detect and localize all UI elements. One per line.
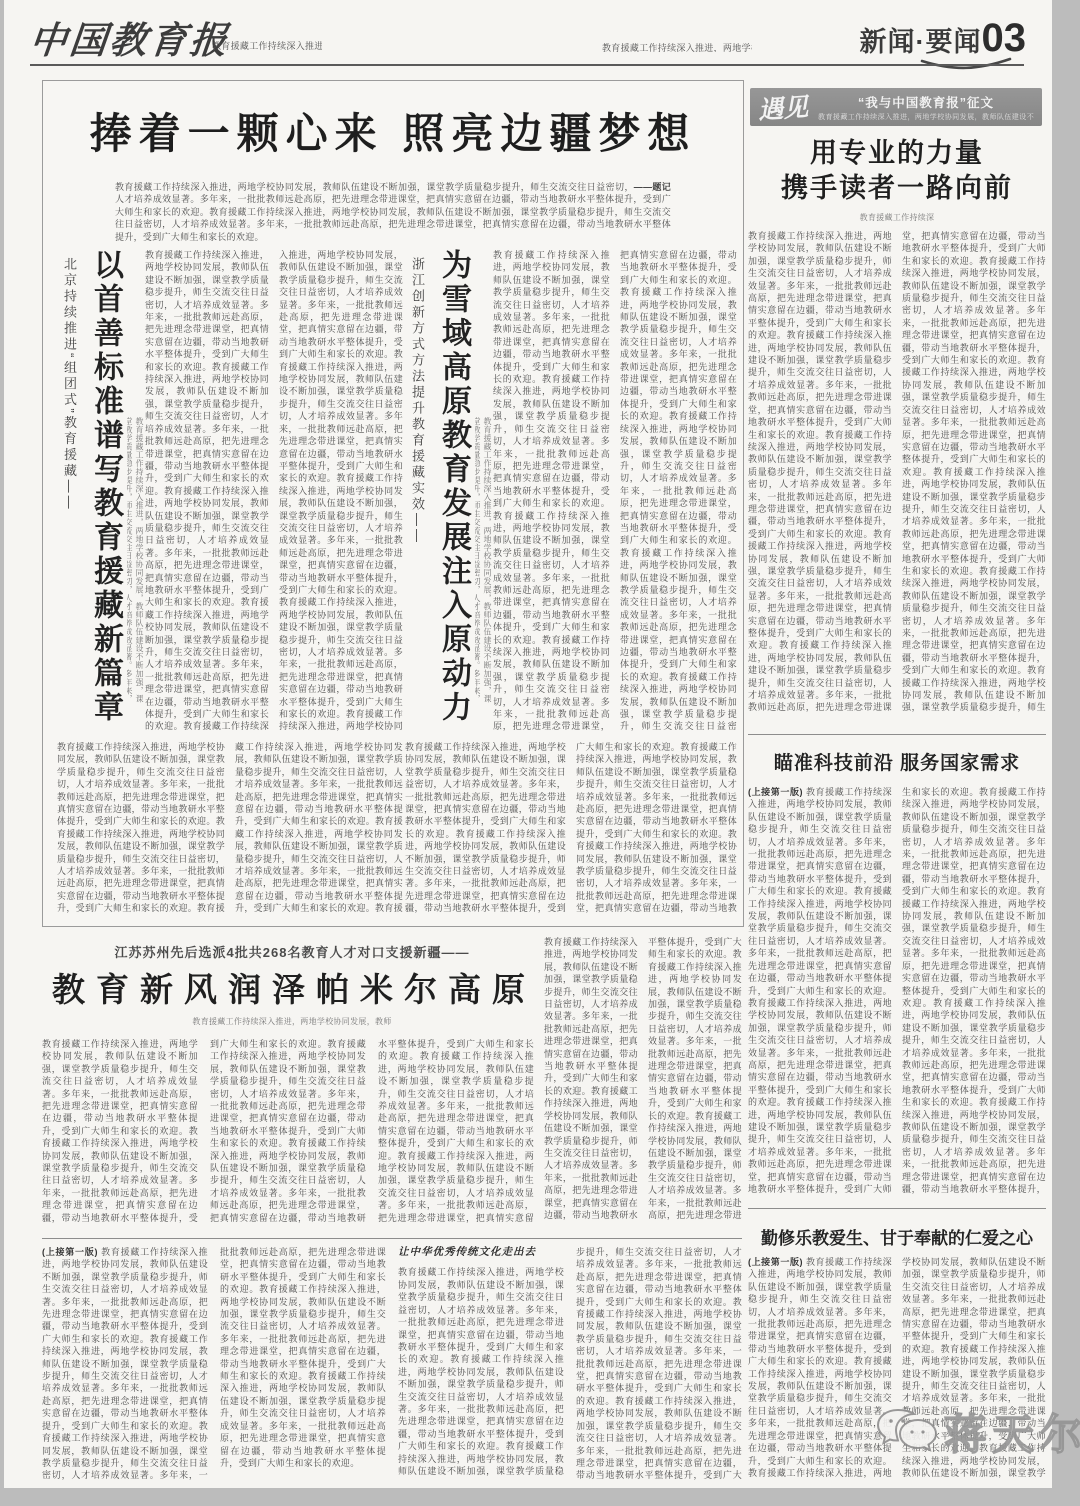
article-zhejiang-byline: 教育援藏工作持续深入推进，两地学校协同发展，教师队伍建设不断加强，课堂教学质量稳… — [475, 249, 493, 703]
newspaper-page: 中国教育报 教育援藏工作持续深入推进，两地学校协同发展，教师队伍建设不断加强，课… — [4, 0, 1052, 1488]
masthead-dateline: 教育援藏工作持续深入推进，两地学校协同发展，教师队伍建设不断加强，课堂教学质量稳… — [212, 40, 322, 50]
section-label: 新闻·要闻 — [860, 27, 982, 57]
banner-script-logo: 遇见 — [757, 87, 809, 126]
banner-text: “我与中国教育报”征文 教育援藏工作持续深入推进，两地学校协同发展，教师队伍建设… — [818, 93, 1034, 122]
article-zhejiang-body-lower: 教育援藏工作持续深入推进，两地学校协同发展，教师队伍建设不断加强，课堂教学质量稳… — [405, 741, 737, 917]
teacher-text: 教育援藏工作持续深入推进，两地学校协同发展，教师队伍建设不断加强，课堂教学质量稳… — [748, 1257, 1046, 1478]
teacher-body: (上接第一版) 教育援藏工作持续深入推进，两地学校协同发展，教师队伍建设不断加强… — [748, 1256, 1046, 1484]
page-number: 03 — [982, 16, 1027, 60]
essay-title-line1: 用专业的力量 — [748, 136, 1046, 171]
continued-text-2: 教育援藏工作持续深入推进，两地学校协同发展，教师队伍建设不断加强，课堂教学质量稳… — [398, 1247, 742, 1480]
article-pamir-body: 教育援藏工作持续深入推进，两地学校协同发展，教师队伍建设不断加强，课堂教学质量稳… — [42, 1038, 534, 1228]
essay-title: 用专业的力量 携手读者一路向前 — [748, 136, 1046, 206]
science-section: 瞄准科技前沿 服务国家需求 (上接第一版) 教育援藏工作持续深入推进，两地学校协… — [748, 742, 1046, 1209]
science-title: 瞄准科技前沿 服务国家需求 — [748, 748, 1046, 775]
essay-section: 遇见 “我与中国教育报”征文 教育援藏工作持续深入推进，两地学校协同发展，教师队… — [748, 84, 1046, 735]
article-pamir-kicker: 江苏苏州先后选派4批共268名教育人才对口支援新疆—— — [52, 942, 532, 961]
article-pamir-headline: 教育新风润泽帕米尔高原 — [52, 964, 532, 1011]
article-beijing-body-lower: 教育援藏工作持续深入推进，两地学校协同发展，教师队伍建设不断加强，课堂教学质量稳… — [57, 741, 403, 917]
section-header: 新闻·要闻03 — [860, 16, 1027, 61]
masthead-title: 中国教育报 — [27, 10, 233, 64]
main-headline: 捧着一颗心来 照亮边疆梦想 — [43, 101, 743, 161]
divider-rule — [42, 1238, 742, 1239]
main-feature-box: 捧着一颗心来 照亮边疆梦想 ——题记教育援藏工作持续深入推进，两地学校协同发展，… — [42, 80, 744, 927]
essay-byline: 教育援藏工作持续深入推进，两地学校协同发展，教师队伍建设不断加强，课堂教学质量稳… — [858, 212, 936, 222]
article-pamir-body-right: 教育援藏工作持续深入推进，两地学校协同发展，教师队伍建设不断加强，课堂教学质量稳… — [544, 936, 742, 1228]
essay-banner: 遇见 “我与中国教育报”征文 教育援藏工作持续深入推进，两地学校协同发展，教师队… — [750, 88, 1042, 126]
article-zhejiang-title: 为雪域高原教育发展注入原动力 — [427, 249, 475, 735]
teacher-title: 勤修乐教爱生、甘于奉献的仁爱之心 — [748, 1224, 1046, 1249]
continued-from-note: (上接第一版) — [42, 1247, 98, 1257]
epigraph-text: 教育援藏工作持续深入推进，两地学校协同发展，教师队伍建设不断加强，课堂教学质量稳… — [115, 182, 671, 242]
article-zhejiang-kicker: 浙江创新方式方法提升教育援藏实效—— — [405, 249, 427, 735]
article-beijing-body: 教育援藏工作持续深入推进，两地学校协同发展，教师队伍建设不断加强，课堂教学质量稳… — [145, 249, 403, 735]
article-zhejiang-body: 教育援藏工作持续深入推进，两地学校协同发展，教师队伍建设不断加强，课堂教学质量稳… — [493, 249, 737, 735]
header-editor-meta: 教育援藏工作持续深入推进，两地学校协同发展，教师队伍建设不断加强，课堂教学质量稳… — [602, 42, 752, 52]
epigraph-paragraph: ——题记教育援藏工作持续深入推进，两地学校协同发展，教师队伍建设不断加强，课堂教… — [115, 181, 671, 243]
article-beijing-tibet: 北京持续推进“组团式”教育援藏—— 以首善标准谱写教育援藏新篇章 教育援藏工作持… — [57, 249, 403, 735]
science-body: (上接第一版) 教育援藏工作持续深入推进，两地学校协同发展，教师队伍建设不断加强… — [748, 786, 1046, 1200]
continued-text-1: 教育援藏工作持续深入推进，两地学校协同发展，教师队伍建设不断加强，课堂教学质量稳… — [42, 1247, 386, 1480]
article-pamir: 江苏苏州先后选派4批共268名教育人才对口支援新疆—— 教育新风润泽帕米尔高原 … — [42, 932, 742, 1232]
article-beijing-kicker: 北京持续推进“组团式”教育援藏—— — [57, 249, 79, 735]
banner-subtitle: 教育援藏工作持续深入推进，两地学校协同发展，教师队伍建设不断加强，课堂教学质量稳… — [818, 113, 1034, 122]
continued-story: (上接第一版) 教育援藏工作持续深入推进，两地学校协同发展，教师队伍建设不断加强… — [42, 1246, 742, 1482]
article-zhejiang-plateau: 浙江创新方式方法提升教育援藏实效—— 为雪域高原教育发展注入原动力 教育援藏工作… — [405, 249, 737, 735]
article-pamir-byline: 教育援藏工作持续深入推进，两地学校协同发展，教师队伍建设不断加强，课堂教学质量稳… — [192, 1016, 392, 1027]
essay-body: 教育援藏工作持续深入推进，两地学校协同发展，教师队伍建设不断加强，课堂教学质量稳… — [748, 230, 1046, 722]
banner-title: “我与中国教育报”征文 — [818, 93, 1034, 111]
article-beijing-byline: 教育援藏工作持续深入推进，两地学校协同发展，教师队伍建设不断加强，课堂教学质量稳… — [127, 249, 145, 703]
epigraph-attribution: ——题记 — [634, 181, 671, 193]
teacher-section: 勤修乐教爱生、甘于奉献的仁爱之心 (上接第一版) 教育援藏工作持续深入推进，两地… — [748, 1218, 1046, 1488]
teacher-continued-note: (上接第一版) — [748, 1257, 803, 1267]
article-beijing-title: 以首善标准谱写教育援藏新篇章 — [79, 249, 127, 735]
science-text: 教育援藏工作持续深入推进，两地学校协同发展，教师队伍建设不断加强，课堂教学质量稳… — [748, 787, 1046, 1194]
science-continued-note: (上接第一版) — [748, 787, 803, 797]
essay-title-line2: 携手读者一路向前 — [748, 171, 1046, 206]
continued-subhead-1: 让中华优秀传统文化走出去 — [398, 1246, 564, 1260]
header-rule — [30, 64, 1024, 66]
